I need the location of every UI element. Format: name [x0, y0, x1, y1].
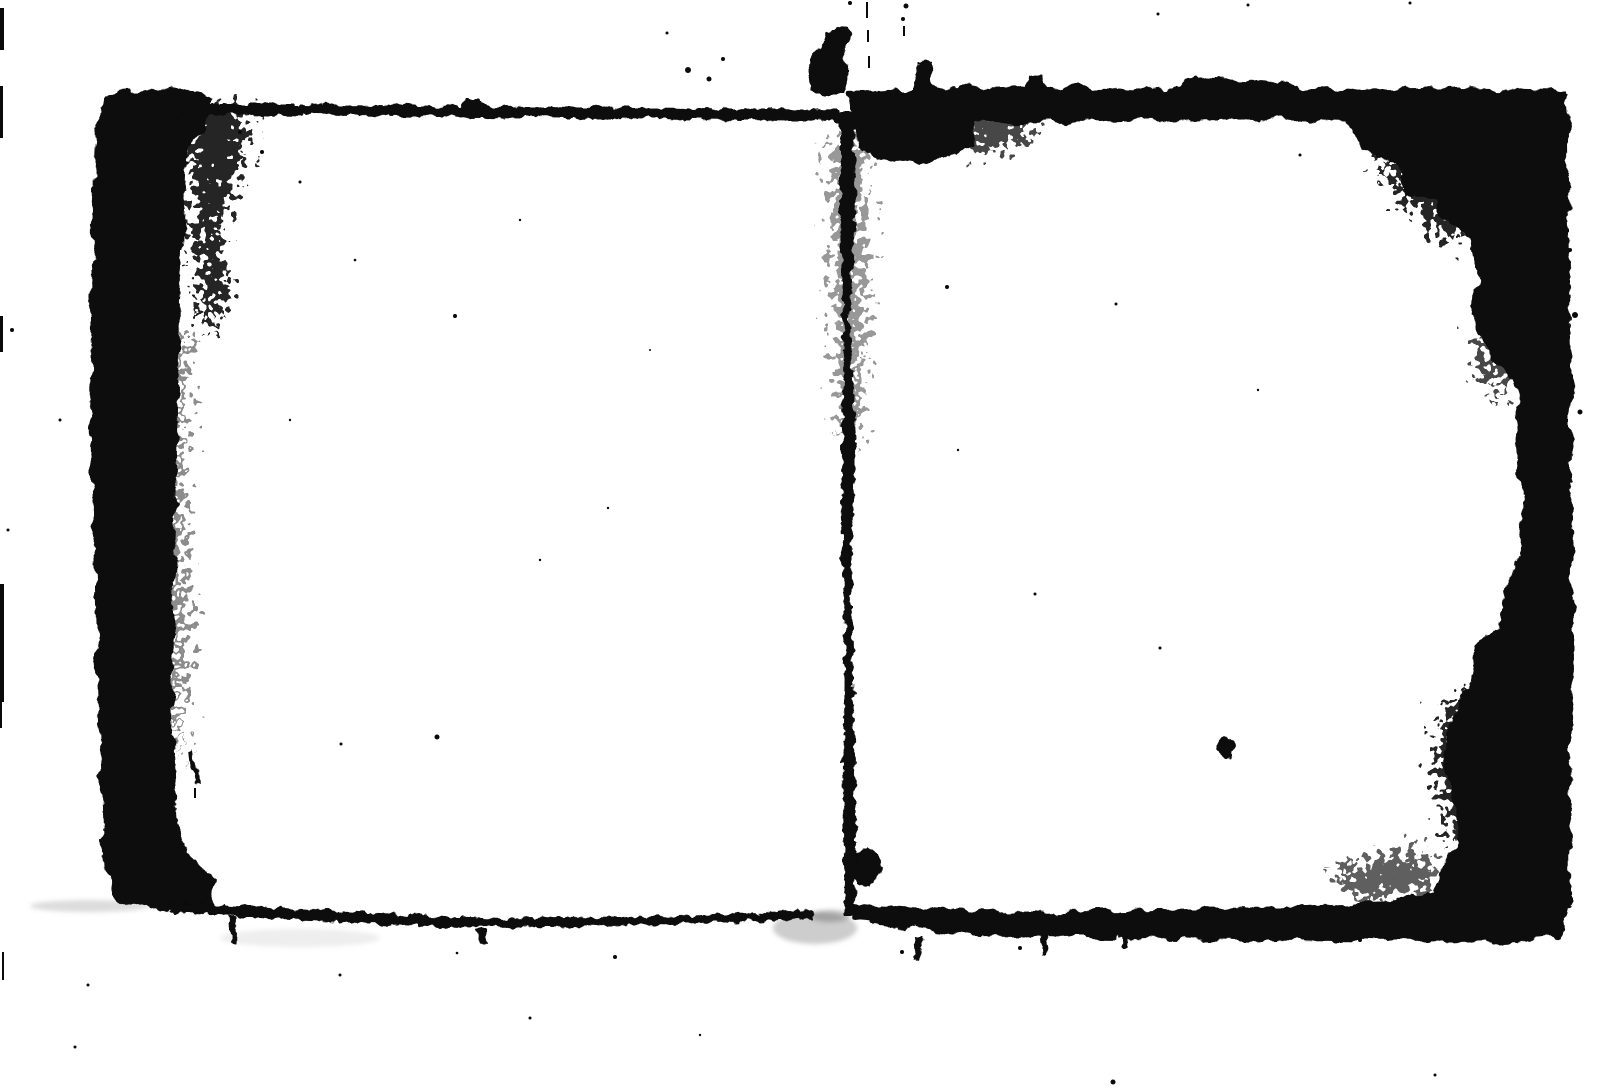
ink-speck [666, 32, 669, 35]
ink-speck [289, 419, 291, 421]
edge-mark [0, 8, 4, 50]
ink-speck [1409, 2, 1412, 5]
ink-speck [238, 130, 242, 134]
ink-speck [707, 77, 712, 82]
ink-speck [1115, 303, 1118, 306]
ink-speck [74, 1046, 77, 1049]
ink-speck [901, 17, 905, 21]
bottom-border-fade [810, 910, 850, 922]
ink-speck [1111, 1080, 1116, 1085]
ink-speck [260, 150, 264, 154]
ink-speck [354, 259, 357, 262]
ink-speck [1299, 154, 1302, 157]
right-page-ink-dot [1218, 737, 1234, 757]
ink-speck [685, 67, 691, 73]
ink-speck [539, 559, 541, 561]
ink-speck [957, 449, 959, 451]
scanned-document: High-contrast monochrome photocopy scan … [0, 0, 1600, 1088]
edge-mark [903, 26, 905, 36]
ink-speck [1018, 946, 1022, 950]
edge-mark [867, 30, 869, 42]
ink-speck [453, 314, 457, 318]
ink-speck [1157, 13, 1160, 16]
ink-speck [1247, 4, 1250, 7]
ink-speck [1572, 312, 1578, 318]
ink-speck [519, 219, 521, 221]
edge-mark [0, 316, 3, 352]
ink-speck [340, 743, 343, 746]
ink-speck [299, 181, 302, 184]
ink-speck [339, 974, 342, 977]
right-page [860, 130, 1420, 900]
ink-speck [900, 950, 904, 954]
ink-drip [1122, 936, 1128, 948]
ink-speck [613, 955, 617, 959]
ink-speck [721, 57, 725, 61]
below-border-smudge [220, 929, 380, 947]
ink-speck [1159, 647, 1162, 650]
ink-speck [1568, 248, 1572, 252]
edge-mark [0, 702, 2, 728]
edge-mark [0, 86, 3, 138]
ink-speck [87, 984, 90, 987]
left-page [210, 120, 835, 915]
ink-speck [7, 529, 10, 532]
ink-speck [456, 952, 459, 955]
scan-image [0, 0, 1600, 1088]
ink-speck [848, 1, 852, 5]
edge-mark [868, 56, 870, 68]
ink-speck [1578, 410, 1583, 415]
ink-speck [1434, 1074, 1437, 1077]
ink-speck [1257, 389, 1259, 391]
edge-mark [2, 952, 4, 980]
ink-speck [904, 4, 909, 9]
ink-speck [10, 328, 14, 332]
ink-speck [1358, 938, 1362, 942]
ink-speck [699, 1034, 701, 1036]
ink-speck [607, 507, 609, 509]
edge-mark [0, 584, 4, 702]
ink-speck [529, 1017, 532, 1020]
ink-speck [945, 285, 949, 289]
edge-mark [194, 788, 196, 798]
edge-mark [866, 2, 868, 18]
ink-speck [435, 735, 440, 740]
ink-speck [59, 419, 62, 422]
ink-speck [649, 349, 651, 351]
ink-speck [1034, 593, 1037, 596]
